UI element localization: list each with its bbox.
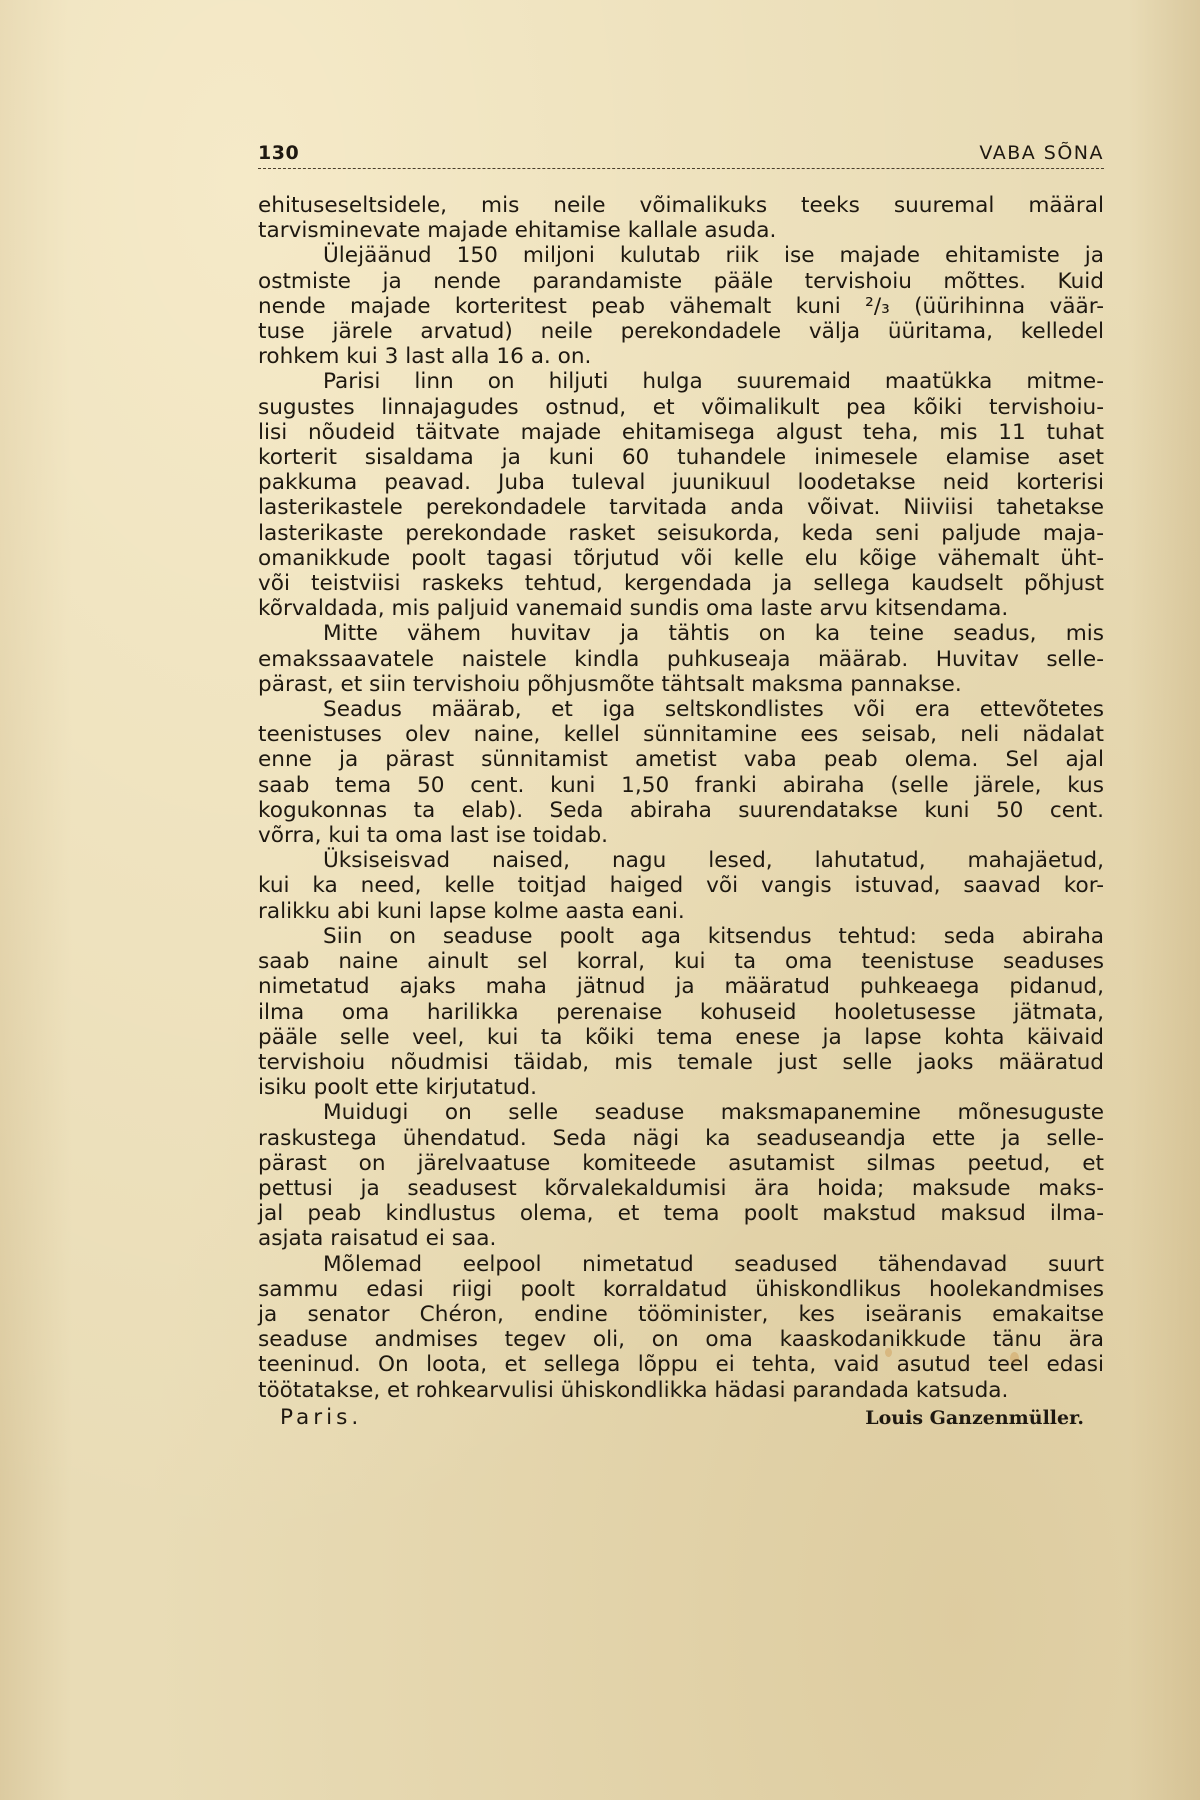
text-line: tarvisminevate majade ehitamise kallale …: [258, 218, 1104, 243]
text-line: Üksiseisvad naised, nagu lesed, lahutatu…: [258, 848, 1104, 873]
signoff-place: Paris.: [280, 1405, 362, 1430]
article-body: ehituseseltsidele, mis neile võimalikuks…: [258, 193, 1104, 1403]
text-line: lasterikastele perekondadele tarvitada a…: [258, 495, 1104, 520]
text-line: ostmiste ja nende parandamiste pääle ter…: [258, 269, 1104, 294]
signoff-author: Louis Ganzenmüller.: [865, 1407, 1084, 1429]
text-line: või teistviisi raskeks tehtud, kergendad…: [258, 571, 1104, 596]
text-line: pakkuma peavad. Juba tuleval juunikuul l…: [258, 470, 1104, 495]
text-line: ehituseseltsidele, mis neile võimalikuks…: [258, 193, 1104, 218]
text-line: teeninud. On loota, et sellega lõppu ei …: [258, 1352, 1104, 1377]
paragraph: Muidugi on selle seaduse maksmapanemine …: [258, 1100, 1104, 1251]
text-line: Mitte vähem huvitav ja tähtis on ka tein…: [258, 621, 1104, 646]
text-line: võrra, kui ta oma last ise toidab.: [258, 823, 1104, 848]
text-line: jal peab kindlustus olema, et tema poolt…: [258, 1201, 1104, 1226]
text-line: Mõlemad eelpool nimetatud seadused tähen…: [258, 1252, 1104, 1277]
text-line: pettusi ja seadusest kõrvalekaldumisi är…: [258, 1176, 1104, 1201]
text-line: tervishoiu nõudmisi täidab, mis temale j…: [258, 1050, 1104, 1075]
text-line: nende majade korteritest peab vähemalt k…: [258, 294, 1104, 319]
text-line: nimetatud ajaks maha jätnud ja määratud …: [258, 974, 1104, 999]
page-header: 130 VABA SÕNA: [258, 130, 1104, 169]
text-line: pääle selle veel, kui ta kõiki tema enes…: [258, 1025, 1104, 1050]
text-line: lisi nõudeid täitvate majade ehitamisega…: [258, 420, 1104, 445]
text-line: Seadus määrab, et iga seltskondlistes võ…: [258, 697, 1104, 722]
text-line: ja senator Chéron, endine tööminister, k…: [258, 1302, 1104, 1327]
paragraph: Seadus määrab, et iga seltskondlistes võ…: [258, 697, 1104, 848]
paper-stain: [885, 1348, 892, 1357]
text-line: saab naine ainult sel korral, kui ta oma…: [258, 949, 1104, 974]
text-line: saab tema 50 cent. kuni 1,50 franki abir…: [258, 773, 1104, 798]
text-line: Muidugi on selle seaduse maksmapanemine …: [258, 1100, 1104, 1125]
text-line: raskustega ühendatud. Seda nägi ka seadu…: [258, 1126, 1104, 1151]
text-line: ilma oma harilikka perenaise kohuseid ho…: [258, 1000, 1104, 1025]
text-line: asjata raisatud ei saa.: [258, 1226, 1104, 1251]
paragraph: Üksiseisvad naised, nagu lesed, lahutatu…: [258, 848, 1104, 924]
paper-stain: [1010, 1352, 1019, 1364]
text-line: kogukonnas ta elab). Seda abiraha suuren…: [258, 798, 1104, 823]
text-line: emakssaavatele naistele kindla puhkuseaj…: [258, 647, 1104, 672]
text-line: rohkem kui 3 last alla 16 a. on.: [258, 344, 1104, 369]
text-line: lasterikaste perekondade rasket seisukor…: [258, 521, 1104, 546]
paragraph: Mitte vähem huvitav ja tähtis on ka tein…: [258, 621, 1104, 697]
journal-title: VABA SÕNA: [979, 142, 1104, 164]
paragraph: Mõlemad eelpool nimetatud seadused tähen…: [258, 1252, 1104, 1403]
text-line: seaduse andmises tegev oli, on oma kaask…: [258, 1327, 1104, 1352]
text-line: sugustes linnajagudes ostnud, et võimali…: [258, 395, 1104, 420]
text-line: sammu edasi riigi poolt korraldatud ühis…: [258, 1277, 1104, 1302]
text-line: enne ja pärast sünnitamist ametist vaba …: [258, 747, 1104, 772]
text-line: pärast, et siin tervishoiu põhjusmõte tä…: [258, 672, 1104, 697]
paragraph: Parisi linn on hiljuti hulga suuremaid m…: [258, 369, 1104, 621]
text-line: Parisi linn on hiljuti hulga suuremaid m…: [258, 369, 1104, 394]
journal-page: 130 VABA SÕNA ehituseseltsidele, mis nei…: [258, 130, 1104, 1430]
page-number: 130: [258, 142, 299, 164]
text-line: omanikkude poolt tagasi tõrjutud või kel…: [258, 546, 1104, 571]
text-line: pärast on järelvaatuse komiteede asutami…: [258, 1151, 1104, 1176]
text-line: ralikku abi kuni lapse kolme aasta eani.: [258, 899, 1104, 924]
text-line: isiku poolt ette kirjutatud.: [258, 1075, 1104, 1100]
article-signoff: Paris. Louis Ganzenmüller.: [258, 1405, 1104, 1430]
text-line: töötatakse, et rohkearvulisi ühiskondlik…: [258, 1378, 1104, 1403]
paragraph: ehituseseltsidele, mis neile võimalikuks…: [258, 193, 1104, 243]
text-line: teenistuses olev naine, kellel sünnitami…: [258, 722, 1104, 747]
text-line: Ülejäänud 150 miljoni kulutab riik ise m…: [258, 243, 1104, 268]
text-line: kui ka need, kelle toitjad haiged või va…: [258, 873, 1104, 898]
text-line: tuse järele arvatud) neile perekondadele…: [258, 319, 1104, 344]
text-line: kõrvaldada, mis paljuid vanemaid sundis …: [258, 596, 1104, 621]
paragraph: Siin on seaduse poolt aga kitsendus teht…: [258, 924, 1104, 1100]
text-line: Siin on seaduse poolt aga kitsendus teht…: [258, 924, 1104, 949]
text-line: korterit sisaldama ja kuni 60 tuhandele …: [258, 445, 1104, 470]
paragraph: Ülejäänud 150 miljoni kulutab riik ise m…: [258, 243, 1104, 369]
